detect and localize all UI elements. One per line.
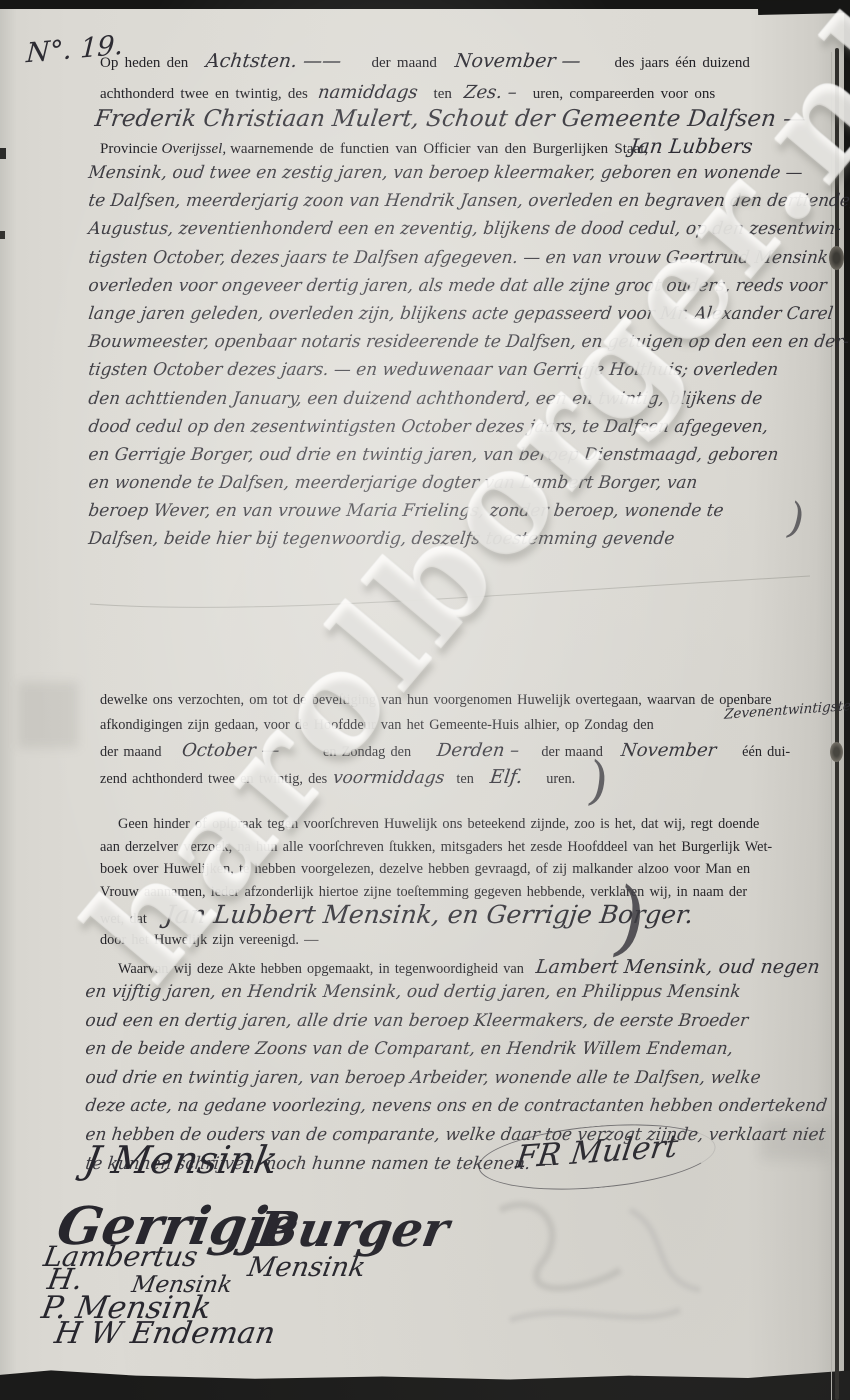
handwritten-day: Achtsten. ——: [205, 50, 343, 72]
handwritten-witness-start: Lambert Mensink, oud negen: [535, 956, 821, 978]
announcement-line: afkondigingen zijn gedaan, voor de Hoofd…: [100, 713, 790, 738]
handwritten-hour: Zes. –: [463, 82, 518, 103]
handwritten-day-2: Derden –: [436, 738, 521, 763]
comparanten-line: dood cedul op den zesentwintigsten Octob…: [86, 417, 850, 445]
witness-line: deze acte, na gedane voorlezing, nevens …: [83, 1096, 828, 1125]
witness-line: oud drie en twintig jaren, van beroep Ar…: [83, 1068, 828, 1097]
printed-segment: der maand: [100, 744, 162, 760]
comparanten-line: te Dalfsen, meerderjarig zoon van Hendri…: [86, 191, 850, 219]
announcement-line: dewelke ons verzochten, om tot de beveſt…: [100, 688, 790, 713]
announcement-block: dewelke ons verzochten, om tot de beveſt…: [100, 688, 790, 792]
comparanten-line: Augustus, zeventienhonderd een en zevent…: [86, 219, 850, 247]
binding-thread-knot-2: [830, 742, 843, 762]
comparanten-line: en wonende te Dalfsen, meerderjarige dog…: [86, 473, 850, 501]
opening-line-1: Op heden den Achtsten. —— der maand Nove…: [100, 50, 750, 72]
printed-segment: ten: [434, 86, 452, 102]
printed-segment: waarnemende de functien van Officier van…: [230, 141, 648, 157]
scan-edge-top: [0, 0, 850, 9]
handwritten-month-2: November: [619, 738, 717, 763]
scan-edge-top-right: [758, 0, 850, 15]
comparanten-line: den achttienden January, een duizend ach…: [86, 389, 850, 417]
witness-line: en de beide andere Zoons van de Comparan…: [83, 1039, 828, 1068]
handwritten-daypart: namiddags: [317, 82, 419, 103]
scanned-marriage-act-page: harolborger.nl N°. 19. Op heden den Acht…: [0, 0, 850, 1400]
comparanten-line: overleden voor ongeveer dertig jaren, al…: [86, 276, 850, 304]
bleed-through-marks: [480, 1170, 800, 1380]
comparanten-line: en Gerrigje Borger, oud drie en twintig …: [86, 445, 850, 473]
comparanten-line: Mensink, oud twee en zestig jaren, van b…: [86, 163, 850, 191]
witnesses-intro-line: Waarvan wij deze Akte hebben opgemaakt, …: [118, 956, 820, 978]
couple-names-line: wet, dat Jan Lubbert Mensink, en Gerrigj…: [100, 900, 693, 929]
handwritten-month-1: October —: [180, 738, 280, 763]
comparanten-line: beroep Wever, en van vrouwe Maria Frieli…: [86, 501, 850, 529]
opening-line-2: achthonderd twee en twintig, des namidda…: [100, 82, 715, 103]
handwritten-hour-2: Elf.: [488, 765, 523, 790]
printed-segment: zend achthonderd twee en twintig, des: [100, 771, 327, 787]
declaration-block: Geen hinder of opſpraak tegen voorſchrev…: [100, 813, 772, 903]
comparanten-line: tigsten October dezes jaars. — en weduwe…: [86, 360, 850, 388]
comparanten-block: Mensink, oud twee en zestig jaren, van b…: [88, 163, 850, 558]
printed-segment: uren.: [546, 771, 575, 787]
comparanten-line: tigsten October, dezes jaars te Dalfsen …: [86, 248, 850, 276]
bleed-through-patch: [760, 1120, 830, 1160]
printed-segment: en Zondag den: [323, 744, 411, 760]
announcement-line: der maand October — en Zondag den Derden…: [100, 738, 790, 765]
declaration-line: Geen hinder of opſpraak tegen voorſchrev…: [100, 813, 772, 836]
scan-edge-speck: [0, 231, 5, 239]
announcement-line: zend achthonderd twee en twintig, des vo…: [100, 765, 790, 792]
signature-endeman: H W Endeman: [52, 1316, 278, 1351]
bleed-through-patch: [18, 682, 78, 748]
printed-segment: achthonderd twee en twintig, des: [100, 86, 308, 102]
printed-segment: Provincie: [100, 141, 158, 157]
province-line: Provincie Overijssel, waarnemende de fun…: [100, 140, 648, 158]
signature-mensink-mid: Mensink: [245, 1252, 368, 1283]
printed-segment: Waarvan wij deze Akte hebben opgemaakt, …: [118, 961, 524, 977]
handwritten-month: November —: [454, 50, 582, 72]
comparanten-line: Dalfsen, beide hier bij tegenwoordig, de…: [86, 529, 850, 557]
comparanten-line: lange jaren geleden, overleden zijn, bli…: [86, 304, 850, 332]
united-line: door het Huwelijk zijn vereenigd. —: [100, 932, 318, 949]
printed-segment: één dui-: [742, 744, 790, 760]
crease-line: [80, 556, 820, 626]
comparanten-line: Bouwmeester, openbaar notaris resideeren…: [86, 332, 850, 360]
printed-segment: Op heden den: [100, 55, 188, 71]
printed-segment: des jaars één duizend: [614, 55, 749, 71]
official-name-line: Frederik Christiaan Mulert, Schout der G…: [93, 106, 807, 132]
witness-line: en vijftig jaren, en Hendrik Mensink, ou…: [83, 982, 828, 1011]
printed-segment: der maand: [372, 55, 437, 71]
printed-segment: wet, dat: [100, 911, 147, 927]
groom-name-start: Jan Lubbers: [629, 134, 755, 158]
printed-province-name: Overijssel,: [162, 141, 227, 157]
scan-edge-speck: [0, 148, 6, 159]
witness-line: oud een en dertig jaren, alle drie van b…: [83, 1011, 828, 1040]
signature-burger: Burger: [253, 1202, 453, 1258]
printed-segment: uren, compareerden voor ons: [533, 86, 715, 102]
handwritten-daypart-2: voormiddags: [332, 766, 446, 791]
declaration-line: boek over Huwelijken, te hebben voorgele…: [100, 858, 772, 881]
signature-j-mensink: J Mensink: [81, 1138, 281, 1182]
printed-segment: ten: [456, 771, 473, 787]
declaration-line: aan derzelver verzoek, na hun alle voorſ…: [100, 836, 772, 859]
